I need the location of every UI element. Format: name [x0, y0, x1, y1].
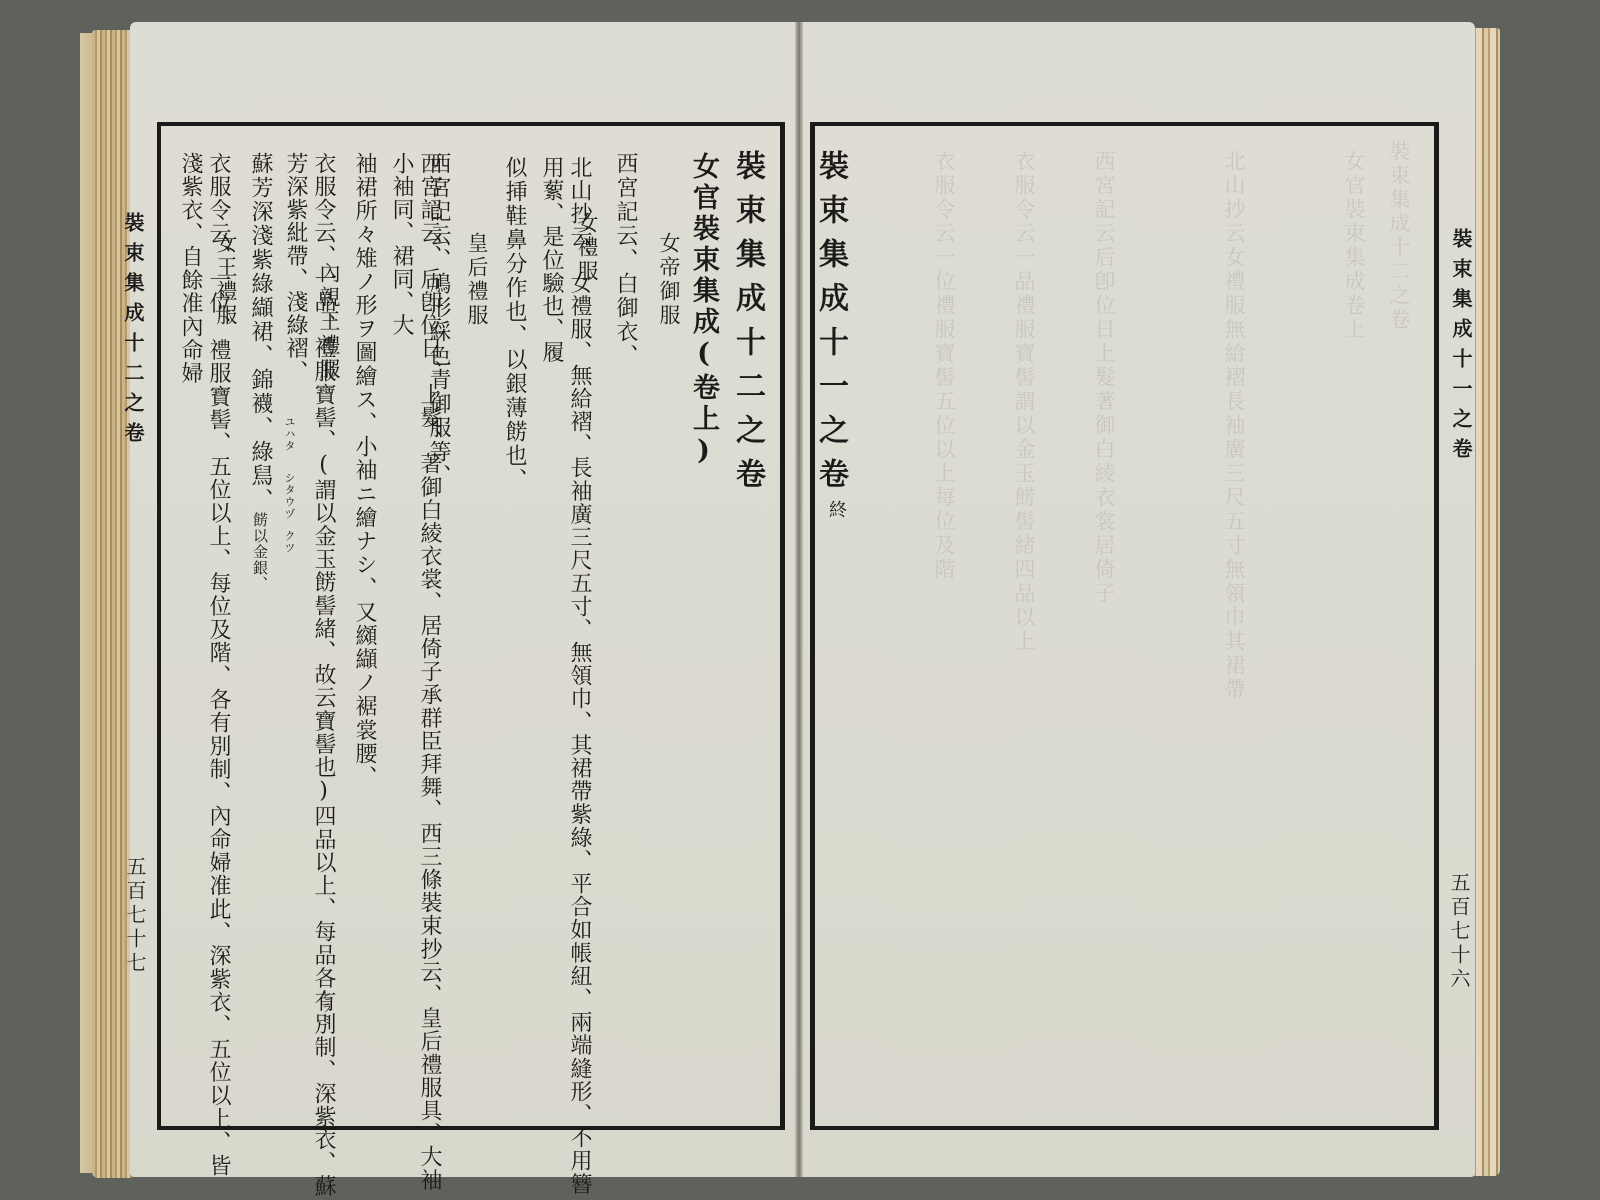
ruby-annotation: ヒラミ	[312, 990, 340, 1026]
right-page-inner-rule	[1436, 122, 1439, 1130]
left-margin-title: 裝束集成十二之卷	[119, 212, 147, 452]
bleed-through-text: 西宮記云后卽位日上髮著御白綾衣裳居倚子	[1090, 150, 1118, 606]
sub-heading: 皇后禮服	[463, 232, 491, 328]
ruby-annotation: ユハタ	[275, 416, 303, 452]
inline-note: 餝以金銀、	[251, 512, 269, 592]
bleed-through-text: 北山抄云女禮服無給褶長袖廣三尺五寸無領巾其裙帶	[1220, 150, 1248, 702]
bleed-through-text: 裝束集成十二之卷	[1385, 140, 1413, 332]
page-stack-left-edge	[92, 30, 132, 1178]
section-title: 女官裝束集成(卷上)	[689, 152, 717, 470]
body-column: 北山抄云、女禮服、無給褶、長袖廣三尺五寸、無領巾、其裙帶紫綠、平合如帳紐、兩端縫…	[537, 156, 593, 1200]
right-chapter-title: 裝束集成十一之卷	[816, 150, 844, 502]
body-column: 西宮記云、后卽位日、上髮、著御白綾衣裳、居倚子承群臣拜舞、西三條裝束抄云、皇后禮…	[387, 152, 443, 1200]
body-column: 蘇芳深淺紫綠纈裙、錦襪、綠舃、餝以金銀、	[246, 152, 274, 592]
bleed-through-text: 衣服令云一品禮服寶髻謂以金玉餝髻緒四品以上	[1010, 150, 1038, 654]
end-mark: 終	[822, 500, 850, 520]
book-gutter	[795, 22, 803, 1177]
right-page-number: 五百七十六	[1445, 872, 1473, 992]
sub-heading: 女帝御服	[655, 232, 683, 328]
bleed-through-text: 衣服令云一位禮服寶髻五位以上每位及階	[930, 150, 958, 582]
bleed-through-text: 女官裝束集成卷上	[1340, 150, 1368, 342]
body-column: 似挿鞋鼻分作也、以銀薄餝也、	[500, 156, 528, 492]
body-column: 衣服令云、一位、禮服寶髻、五位以上、每位及階、各有別制、內命婦准此、深紫衣、五位…	[176, 152, 232, 1200]
right-margin-title: 裝束集成十一之卷	[1447, 228, 1475, 468]
ruby-annotation: クツ	[275, 530, 303, 554]
chapter-title: 裝束集成十二之卷	[733, 150, 761, 502]
body-column: 袖裙所々雉ノ形ヲ圖繪ス、小袖ニ繪ナシ、又纐纈ノ裾裳腰、	[350, 152, 378, 789]
body-text: 蘇芳深淺紫綠纈裙、錦襪、綠舃、	[248, 152, 273, 512]
left-page-number: 五百七十七	[121, 856, 149, 976]
body-column: 西宮記云、白御衣、	[611, 152, 639, 368]
ruby-annotation: シタウヅ	[275, 472, 303, 520]
body-column: 衣服令云、一品、禮服寶髻、(謂以金玉餝髻緒、故云寶髻也)四品以上、每品各有別制、…	[281, 152, 337, 1200]
